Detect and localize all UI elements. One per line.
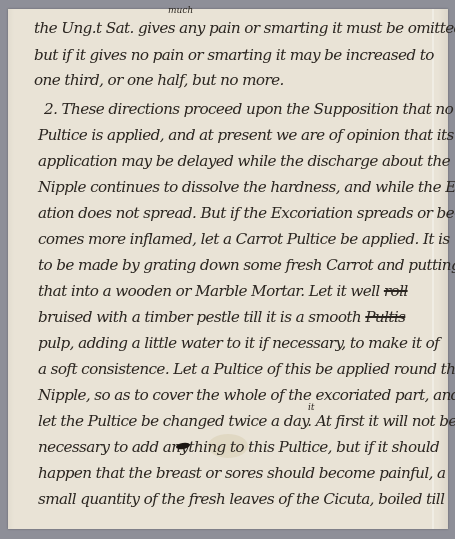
text-line-7: Nipple continues to dissolve the hardnes… (38, 178, 455, 196)
text-line-16: let the Pultice be changed twice a day. … (38, 412, 455, 430)
insertion-much: much (168, 6, 193, 16)
text-line-13: pulp, adding a little water to it if nec… (38, 334, 439, 352)
struck-word-pultis: Pultis (365, 308, 405, 326)
text-line-12-main: bruised with a timber pestle till it is … (38, 308, 361, 326)
text-line-12: bruised with a timber pestle till it is … (38, 308, 405, 326)
manuscript-page: much the Ung.t Sat. gives any pain or sm… (8, 9, 448, 529)
text-line-15: Nipple, so as to cover the whole of the … (38, 386, 455, 404)
text-line-5: Pultice is applied, and at present we ar… (38, 126, 454, 144)
text-line-11: that into a wooden or Marble Mortar. Let… (38, 282, 408, 300)
struck-word-roll: roll (384, 282, 408, 300)
text-line-11-main: that into a wooden or Marble Mortar. Let… (38, 282, 380, 300)
text-line-17: necessary to add anything to this Pultic… (38, 438, 439, 456)
text-line-2: but if it gives no pain or smarting it m… (34, 46, 434, 64)
text-line-6: application may be delayed while the dis… (38, 152, 450, 170)
text-line-3: one third, or one half, but no more. (34, 71, 284, 89)
text-line-9: comes more inflamed, let a Carrot Pultic… (38, 230, 450, 248)
text-line-19: small quantity of the fresh leaves of th… (38, 490, 444, 508)
text-line-14: a soft consistence. Let a Pultice of thi… (38, 360, 455, 378)
text-line-10: to be made by grating down some fresh Ca… (38, 256, 455, 274)
text-line-8: ation does not spread. But if the Excori… (38, 204, 455, 222)
text-line-1: the Ung.t Sat. gives any pain or smartin… (34, 19, 455, 37)
text-line-18: happen that the breast or sores should b… (38, 464, 446, 482)
text-line-4: 2. These directions proceed upon the Sup… (44, 100, 453, 118)
